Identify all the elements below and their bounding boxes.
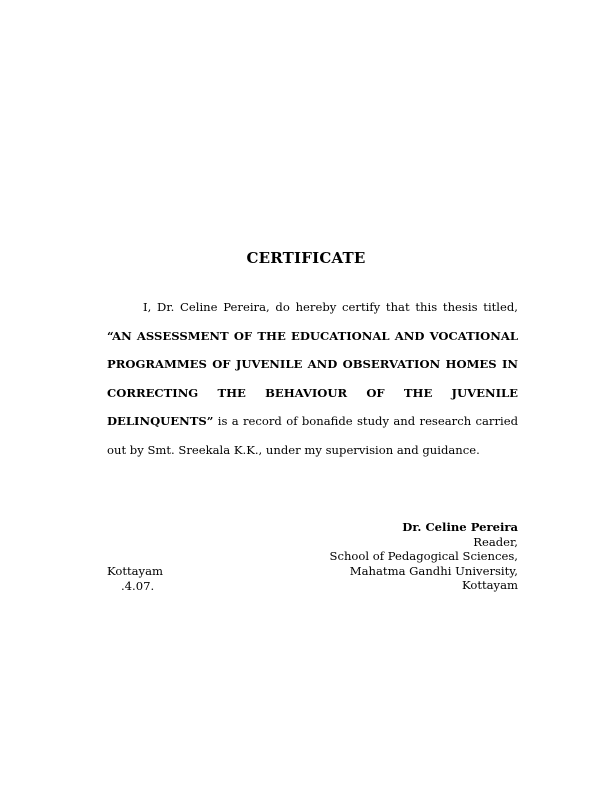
signatory-department: School of Pedagogical Sciences, bbox=[330, 549, 518, 564]
thesis-title-part: “AN ASSESSMENT OF THE EDUCATIONAL AND VO… bbox=[107, 329, 518, 343]
body-line-2: “AN ASSESSMENT OF THE EDUCATIONAL AND VO… bbox=[107, 322, 518, 351]
body-text: out by Smt. Sreekala K.K., under my supe… bbox=[107, 443, 480, 457]
signature-block: Dr. Celine Pereira Reader, School of Ped… bbox=[330, 520, 518, 593]
thesis-title-part: DELINQUENTS” bbox=[107, 414, 213, 428]
body-line-6: out by Smt. Sreekala K.K., under my supe… bbox=[107, 436, 518, 465]
place-date-block: Kottayam .4.07. bbox=[107, 564, 163, 593]
thesis-title-part: CORRECTING THE BEHAVIOUR OF THE JUVENILE bbox=[107, 386, 518, 400]
thesis-title-part: PROGRAMMES OF JUVENILE AND OBSERVATION H… bbox=[107, 357, 518, 371]
signatory-name: Dr. Celine Pereira bbox=[330, 520, 518, 535]
certificate-body: I, Dr. Celine Pereira, do hereby certify… bbox=[107, 293, 518, 465]
signatory-city: Kottayam bbox=[330, 578, 518, 593]
body-line-1: I, Dr. Celine Pereira, do hereby certify… bbox=[107, 293, 518, 322]
signatory-designation: Reader, bbox=[330, 535, 518, 550]
date: .4.07. bbox=[107, 579, 163, 594]
signatory-university: Mahatma Gandhi University, bbox=[330, 564, 518, 579]
body-text: I, Dr. Celine Pereira, do hereby certify… bbox=[143, 300, 518, 314]
body-line-3: PROGRAMMES OF JUVENILE AND OBSERVATION H… bbox=[107, 350, 518, 379]
body-line-4: CORRECTING THE BEHAVIOUR OF THE JUVENILE bbox=[107, 379, 518, 408]
body-line-5: DELINQUENTS” is a record of bonafide stu… bbox=[107, 407, 518, 436]
body-text: is a record of bonafide study and resear… bbox=[213, 414, 518, 428]
place: Kottayam bbox=[107, 564, 163, 579]
certificate-title: CERTIFICATE bbox=[0, 249, 612, 267]
